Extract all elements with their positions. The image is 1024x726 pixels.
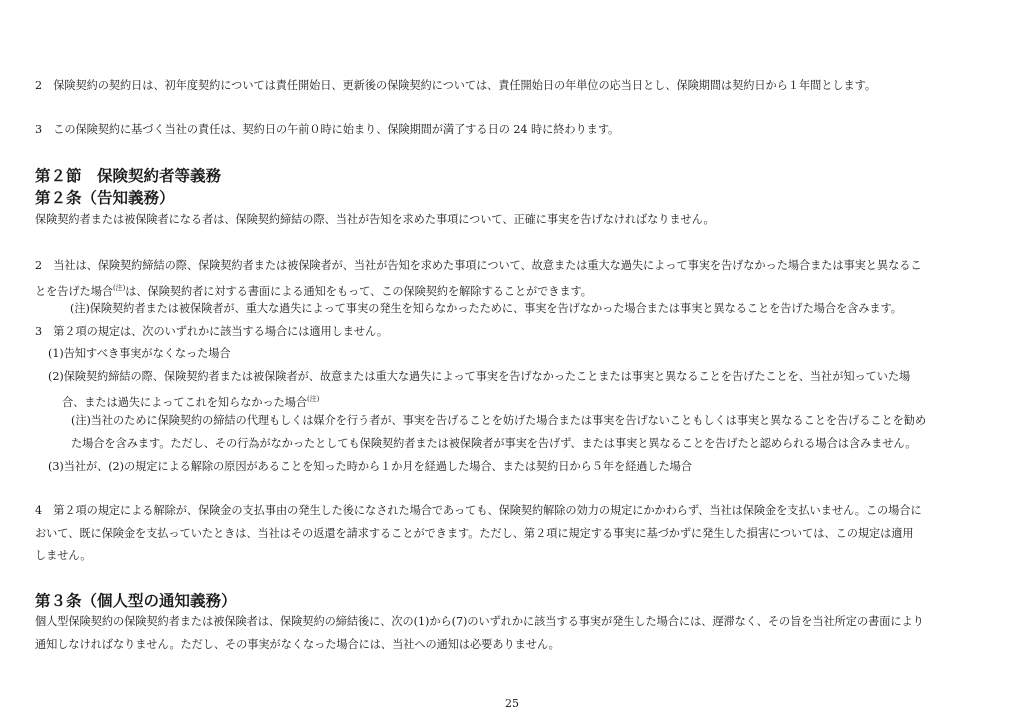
item-2-text: 合、または過失によってこれを知らなかった場合	[62, 396, 307, 409]
article-2-paragraph-4-line-3: しません。	[35, 549, 91, 563]
article-2-title: 第２条（告知義務）	[35, 189, 175, 207]
article-2-paragraph-3-item-3: (3)当社が、(2)の規定による解除の原因があることを知った時から１か月を経過し…	[48, 460, 692, 474]
note-marker: (注)	[307, 395, 319, 403]
clause1-paragraph-3: 3 この保険契約に基づく当社の責任は、契約日の午前０時に始まり、保険期間が満了す…	[35, 123, 619, 137]
article-2-item-2-note-line-1: (注)当社のために保険契約の締結の代理もしくは媒介を行う者が、事実を告げることを…	[71, 414, 926, 428]
article-2-paragraph-3-item-1: (1)告知すべき事実がなくなった場合	[48, 347, 231, 361]
article-2-paragraph-1: 保険契約者または被保険者になる者は、保険契約締結の際、当社が告知を求めた事項につ…	[35, 213, 715, 227]
article-2-paragraph-3-intro: 3 第２項の規定は、次のいずれかに該当する場合には適用しません。	[35, 325, 388, 339]
article-2-paragraph-4-line-1: 4 第２項の規定による解除が、保険金の支払事由の発生した後になされた場合であって…	[35, 504, 922, 518]
article-3-title: 第３条（個人型の通知義務）	[35, 592, 237, 610]
article-2-paragraph-2-line-1: 2 当社は、保険契約締結の際、保険契約者または被保険者が、当社が告知を求めた事項…	[35, 259, 922, 273]
section-2-title: 第２節 保険契約者等義務	[35, 167, 221, 185]
article-3-paragraph-1-line-2: 通知しなければなりません。ただし、その事実がなくなった場合には、当社への通知は必…	[35, 638, 560, 652]
article-2-item-2-note-line-2: た場合を含みます。ただし、その行為がなかったとしても保険契約者または被保険者が事…	[71, 437, 916, 451]
article-2-paragraph-3-item-2-line-1: (2)保険契約締結の際、保険契約者または被保険者が、故意または重大な過失によって…	[48, 370, 910, 384]
article-2-paragraph-3-item-2-line-2: 合、または過失によってこれを知らなかった場合(注)	[62, 392, 319, 410]
paragraph-2-text-a: とを告げた場合	[35, 285, 113, 298]
article-2-paragraph-2-line-2: とを告げた場合(注)は、保険契約者に対する書面による通知をもって、この保険契約を…	[35, 281, 592, 299]
note-marker: (注)	[113, 284, 125, 292]
article-3-paragraph-1-line-1: 個人型保険契約の保険契約者または被保険者は、保険契約の締結後に、次の(1)から(…	[35, 615, 924, 629]
clause1-paragraph-2: 2 保険契約の契約日は、初年度契約については責任開始日、更新後の保険契約について…	[35, 79, 876, 93]
article-2-paragraph-4-line-2: おいて、既に保険金を支払っていたときは、当社はその返還を請求することができます。…	[35, 527, 914, 541]
page-number: 25	[505, 697, 519, 711]
article-2-paragraph-2-note: (注)保険契約者または被保険者が、重大な過失によって事実の発生を知らなかったため…	[70, 302, 902, 316]
paragraph-2-text-b: は、保険契約者に対する書面による通知をもって、この保険契約を解除することができま…	[125, 285, 592, 298]
